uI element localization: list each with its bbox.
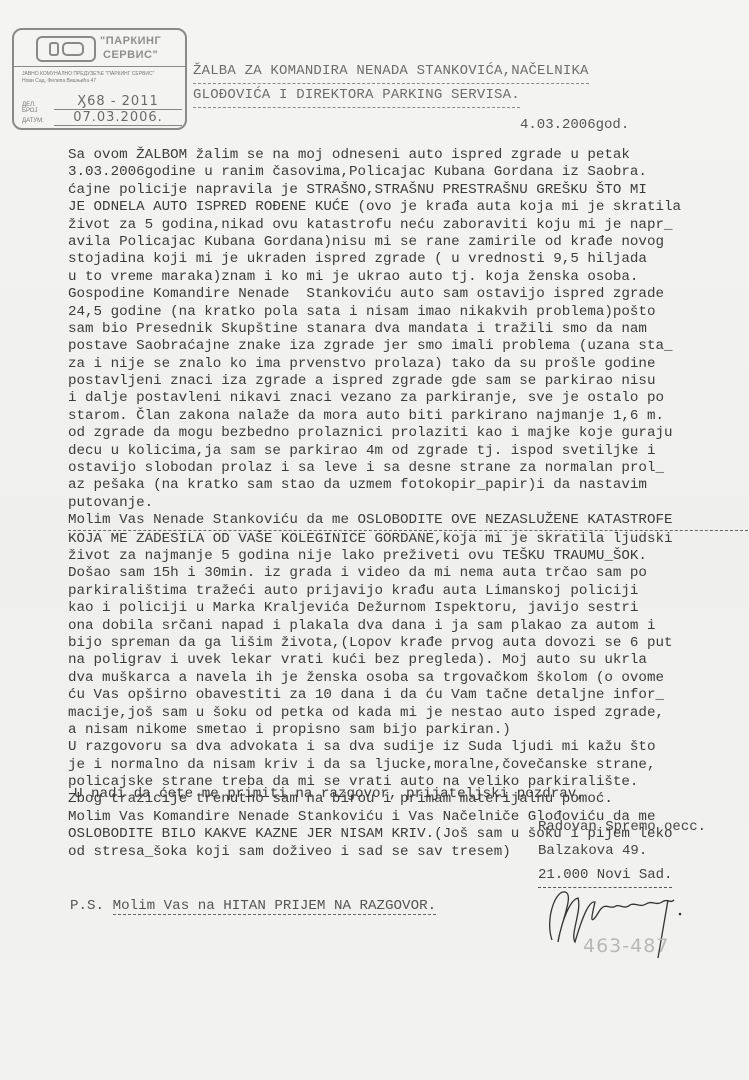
body-line: ona dobila srčani napad i plakala dva da… <box>68 618 748 635</box>
body-line: je i normalno da nisam kriv i da sa ljuc… <box>68 757 748 774</box>
body-line: život za najmanje 5 godina nije lako pre… <box>68 548 748 565</box>
body-line: Gospodine Komandire Nenade Stankoviću au… <box>68 286 748 303</box>
body-line: ćajne policije napravila je STRAŠNO,STRA… <box>68 182 748 199</box>
body-line: KOJA ME ZADESILA OD VAŠE KOLEGINICE GORD… <box>68 531 748 548</box>
body-line: Molim Vas Nenade Stankoviću da me OSLOBO… <box>68 512 748 530</box>
body-line: bijo spreman da ga lišim života,(Lopov k… <box>68 635 748 652</box>
letter-heading: ŽALBA ZA KOMANDIRA NENADA STANKOVIĆA,NAČ… <box>193 60 589 108</box>
stamp-organization: ЈАВНО КОМУНАЛНО ПРЕДУЗЕЋЕ "ПАРКИНГ СЕРВИ… <box>22 71 154 85</box>
body-line: starom. Član zakona nalaže da mora auto … <box>68 408 748 425</box>
closing-line: U nadi da ćete me primiti na razgovor, p… <box>74 786 585 802</box>
registry-stamp: "ПАРКИНГ СЕРВИС" ЈАВНО КОМУНАЛНО ПРЕДУЗЕ… <box>12 28 187 130</box>
postscript-text: Molim Vas na HITAN PRIJEM NA RAZGOVOR. <box>113 898 437 915</box>
parking-servis-logo-icon <box>36 36 96 62</box>
letter-body: Sa ovom ŽALBOM žalim se na moj odneseni … <box>68 147 748 861</box>
body-line: stojadina koji mi je ukraden ispred zgra… <box>68 251 748 268</box>
body-line: Došao sam 15h i 30min. iz grada i video … <box>68 565 748 582</box>
body-line: U razgovoru sa dva advokata i sa dva sud… <box>68 739 748 756</box>
body-line: za i nije se znalo ko ima prvenstvo prol… <box>68 356 748 373</box>
stamp-brand: "ПАРКИНГ СЕРВИС" <box>100 34 161 62</box>
body-line: od zgrade da mogu bezbedno prolaznici pr… <box>68 425 748 442</box>
sender-street: Balzakova 49. <box>538 839 706 863</box>
body-line: Sa ovom ŽALBOM žalim se na moj odneseni … <box>68 147 748 164</box>
stamp-registry-number: Ӽ68 - 2011 <box>54 94 182 110</box>
stamp-date-label: ДАТУМ: <box>22 118 50 124</box>
body-line: kao i policiji u Marka Kraljevića Dežurn… <box>68 600 748 617</box>
stamp-date-value: 07.03.2006. <box>54 110 182 126</box>
sender-name: Radovan Spremo oecc. <box>538 815 706 839</box>
body-line: postave Saobraćajne znake iza zgrade jer… <box>68 338 748 355</box>
body-line: avila Policajac Kubana Gordana)nisu mi s… <box>68 234 748 251</box>
body-line: ću Vas opširno obavestiti za 10 dana i d… <box>68 687 748 704</box>
body-line: u to vreme maraka)znam i ko mi je ukrao … <box>68 269 748 286</box>
body-line: dva muškarca a navela ih je ženska osoba… <box>68 670 748 687</box>
stamp-brand-line2: СЕРВИС" <box>100 48 161 62</box>
stamp-divider <box>14 66 185 67</box>
body-line: macije,još sam u šoku od petka od kada m… <box>68 705 748 722</box>
body-line: život za 5 godina,nikad ovu katastrofu n… <box>68 217 748 234</box>
stamp-org-address: Нови Сад, Филипа Вишњића 47 <box>22 78 154 85</box>
body-line: postavljeni znaci iza zgrade a ispred zg… <box>68 373 748 390</box>
postscript: P.S. Molim Vas na HITAN PRIJEM NA RAZGOV… <box>70 898 436 914</box>
letter-page: "ПАРКИНГ СЕРВИС" ЈАВНО КОМУНАЛНО ПРЕДУЗЕ… <box>0 0 749 1080</box>
body-line: i dalje postavleni nikavi znaci vezano z… <box>68 390 748 407</box>
stamp-org-name: ЈАВНО КОМУНАЛНО ПРЕДУЗЕЋЕ "ПАРКИНГ СЕРВИ… <box>22 71 154 78</box>
letter-date: 4.03.2006god. <box>520 117 629 133</box>
body-line: na poligrav i uvek lekar vrati kući bez … <box>68 652 748 669</box>
stamp-registry-row: ДЕЛ. БРОЈ Ӽ68 - 2011 <box>22 102 50 114</box>
body-line: 24,5 godine (na kratko pola sata i nisam… <box>68 304 748 321</box>
stamp-registry-label: ДЕЛ. БРОЈ <box>22 102 50 114</box>
body-line: a nisam nikome smetao i propisno sam bij… <box>68 722 748 739</box>
body-line: JE ODNELA AUTO ISPRED ROĐENE KUĆE (ovo j… <box>68 199 748 216</box>
heading-line-2: GLOĐOVIĆA I DIREKTORA PARKING SERVISA. <box>193 84 520 108</box>
stamp-brand-line1: "ПАРКИНГ <box>100 34 161 48</box>
body-line: decu u kolicima,ja sam se parkirao 4m od… <box>68 443 748 460</box>
body-line: 3.03.2006godine u ranim časovima,Policaj… <box>68 164 748 181</box>
stamp-date-row: ДАТУМ: 07.03.2006. <box>22 118 50 124</box>
body-line: ostavijo slobodan prolaz i sa leve i sa … <box>68 460 748 477</box>
body-line: parkiralištima tražeći auto prijavijo kr… <box>68 583 748 600</box>
reference-number: 463-487 <box>583 935 669 957</box>
sender-address: Radovan Spremo oecc. Balzakova 49. 21.00… <box>538 815 706 888</box>
heading-line-1: ŽALBA ZA KOMANDIRA NENADA STANKOVIĆA,NAČ… <box>193 60 589 84</box>
body-line: az pešaka (na kratko sam stao da uzmem f… <box>68 477 748 494</box>
postscript-prefix: P.S. <box>70 898 113 914</box>
body-line: sam bio Presednik Skupštine stanara dva … <box>68 321 748 338</box>
body-line: putovanje. <box>68 495 748 512</box>
